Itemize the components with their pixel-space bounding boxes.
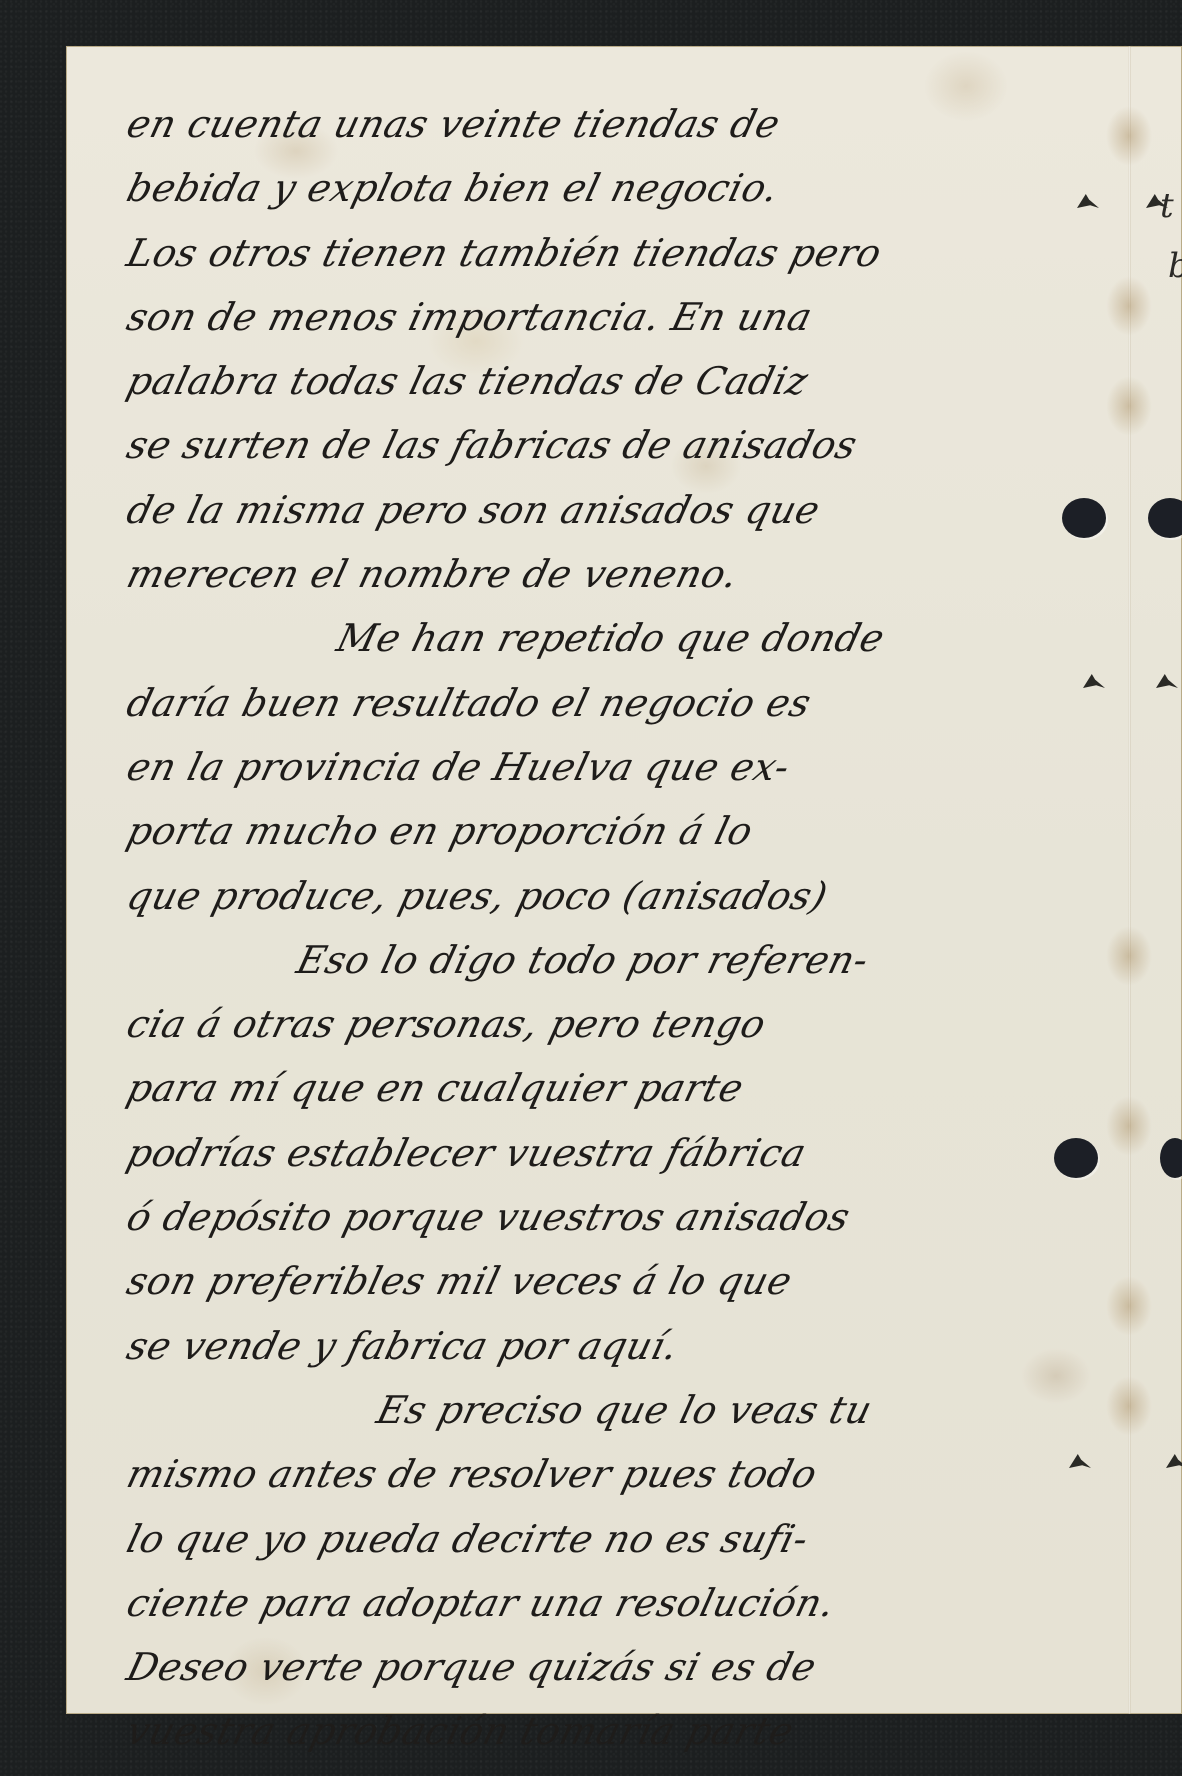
- text-line: en cuenta unas veinte tiendas de: [120, 92, 1016, 156]
- text-line: ó depósito porque vuestros anisados: [120, 1185, 1016, 1249]
- next-page-fragment: b: [1168, 246, 1182, 286]
- text-line: de la misma pero son anisados que: [120, 478, 1016, 542]
- text-line: Deseo verte porque quizás si es de: [120, 1635, 1016, 1699]
- text-line: son preferibles mil veces á lo que: [120, 1249, 1016, 1313]
- stain: [1106, 1276, 1152, 1336]
- punch-tear: [1156, 674, 1178, 688]
- punch-tear: [1077, 194, 1099, 208]
- text-line: porta mucho en proporción á lo: [120, 799, 1016, 863]
- text-line-indented: Es preciso que lo veas tu: [120, 1378, 1016, 1442]
- stain: [1106, 1096, 1152, 1156]
- punch-tear: [1083, 674, 1105, 688]
- punch-hole: [1054, 1138, 1098, 1178]
- text-line: daría buen resultado el negocio es: [120, 671, 1016, 735]
- text-line: mismo antes de resolver pues todo: [120, 1442, 1016, 1506]
- text-line: podrías establecer vuestra fábrica: [120, 1121, 1016, 1185]
- stain: [1106, 276, 1152, 336]
- text-line: ciente para adoptar una resolución.: [120, 1571, 1016, 1635]
- text-line: merecen el nombre de veneno.: [120, 542, 1016, 606]
- text-line: que produce, pues, poco (anisados): [120, 864, 1016, 928]
- text-line: lo que yo pueda decirte no es sufi-: [120, 1507, 1016, 1571]
- text-line: palabra todas las tiendas de Cadiz: [120, 349, 1016, 413]
- punch-hole: [1160, 1138, 1182, 1178]
- text-line: Los otros tienen también tiendas pero: [120, 221, 1016, 285]
- text-line: cia á otras personas, pero tengo: [120, 992, 1016, 1056]
- next-page-fragment: t: [1160, 186, 1174, 226]
- punch-hole: [1062, 498, 1106, 538]
- stain: [1106, 106, 1152, 166]
- punch-hole: [1148, 498, 1182, 538]
- punch-tear: [1069, 1454, 1091, 1468]
- text-line: bebida y explota bien el negocio.: [120, 156, 1016, 220]
- stain: [1106, 376, 1152, 436]
- text-line-indented: Eso lo digo todo por referen-: [120, 928, 1016, 992]
- stain: [1106, 926, 1152, 986]
- text-line-indented: Me han repetido que donde: [120, 606, 1016, 670]
- text-line: son de menos importancia. En una: [120, 285, 1016, 349]
- punch-tear: [1166, 1454, 1182, 1468]
- text-line: en la provincia de Huelva que ex-: [120, 735, 1016, 799]
- handwritten-text: en cuenta unas veinte tiendas de bebida …: [120, 92, 1000, 1764]
- text-line: para mí que en cualquier parte: [120, 1056, 1016, 1120]
- text-line: vuestra aprobación tomaría parte: [120, 1699, 1016, 1763]
- stain: [1106, 1376, 1152, 1436]
- text-line: se surten de las fabricas de anisados: [120, 413, 1016, 477]
- text-line: se vende y fabrica por aquí.: [120, 1314, 1016, 1378]
